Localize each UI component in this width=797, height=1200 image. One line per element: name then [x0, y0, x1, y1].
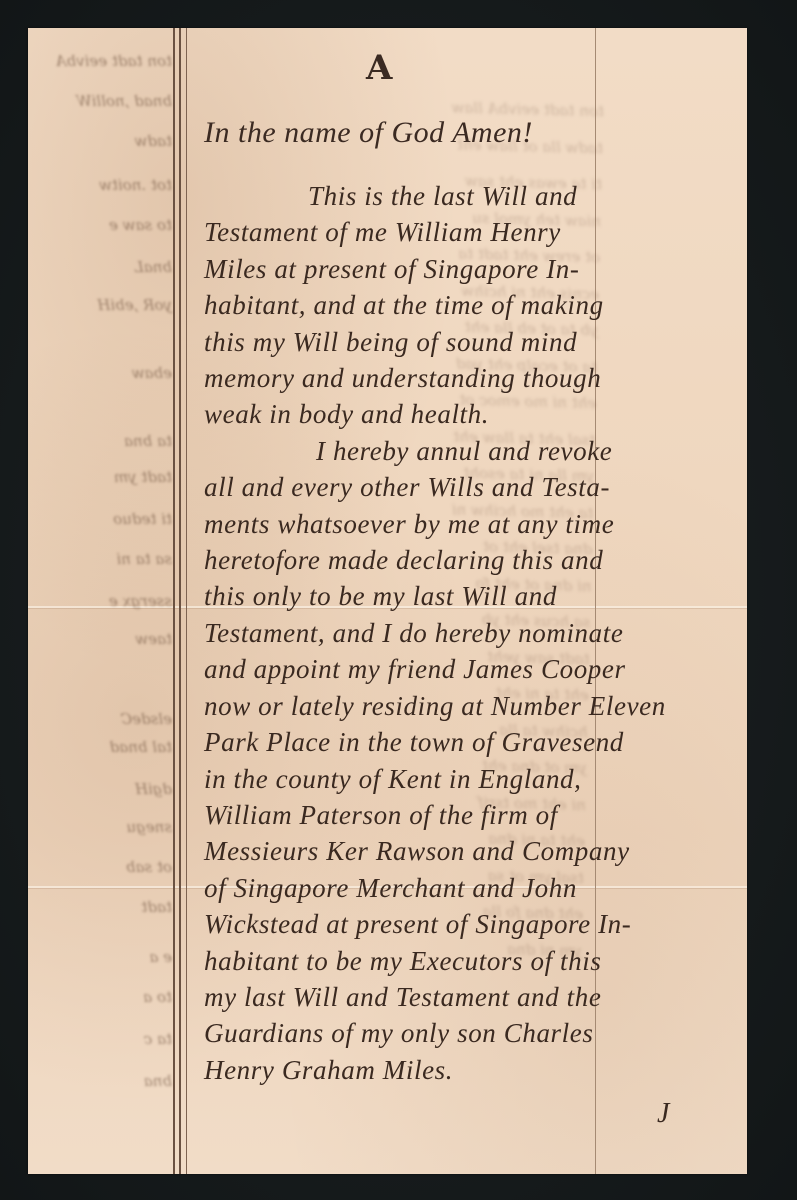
bleed-through-text: bna — [42, 1072, 172, 1090]
text-line: weak in body and health. — [204, 396, 764, 432]
text-line: Guardians of my only son Charles — [204, 1015, 764, 1051]
bleed-through-text: to saw e — [42, 216, 172, 234]
text-line: Park Place in the town of Gravesend — [204, 724, 764, 760]
text-line: habitant, and at the time of making — [204, 287, 764, 323]
text-line: this only to be my last Will and — [204, 578, 764, 614]
bleed-through-text: e a — [42, 948, 172, 966]
bleed-through-text: tadt — [42, 898, 172, 916]
margin-rule — [179, 28, 181, 1174]
bleed-through-text: ton tadt eeivbA — [42, 52, 172, 70]
text-line: I hereby annul and revoke — [204, 433, 764, 469]
bleed-through-text: ta c — [42, 1030, 172, 1048]
text-line: memory and understanding though — [204, 360, 764, 396]
page-initial: J — [657, 1098, 669, 1130]
bleed-through-text: elsdeC — [42, 710, 172, 728]
text-line: all and every other Wills and Testa- — [204, 469, 764, 505]
text-line: and appoint my friend James Cooper — [204, 651, 764, 687]
text-line: Messieurs Ker Rawson and Company — [204, 833, 764, 869]
text-line: William Paterson of the firm of — [204, 797, 764, 833]
bleed-through-text: tadw — [42, 132, 172, 150]
text-line: heretofore made declaring this and — [204, 542, 764, 578]
text-line: Testament, and I do hereby nominate — [204, 615, 764, 651]
bleed-through-text: yoR ,ebiH — [42, 296, 172, 314]
bleed-through-text: dgiH — [42, 780, 172, 798]
text-line: my last Will and Testament and the — [204, 979, 764, 1015]
bleed-through-text: ta bna — [42, 432, 172, 450]
invocation-heading: In the name of God Amen! — [204, 116, 533, 150]
text-line: this my Will being of sound mind — [204, 324, 764, 360]
folio-marker: A — [366, 48, 392, 88]
bleed-through-text: tadt ym — [42, 468, 172, 486]
bleed-through-text: snegu — [42, 818, 172, 836]
text-line: now or lately residing at Number Eleven — [204, 688, 764, 724]
bleed-through-text: ssergx e — [42, 592, 172, 610]
text-line: Miles at present of Singapore In- — [204, 251, 764, 287]
text-line: Testament of me William Henry — [204, 214, 764, 250]
text-line: in the county of Kent in England, — [204, 761, 764, 797]
text-line: Wickstead at present of Singapore In- — [204, 906, 764, 942]
bleed-through-text: bnaL — [42, 258, 172, 276]
margin-rule — [173, 28, 175, 1174]
bleed-through-text: taew — [42, 630, 172, 648]
manuscript-page: ton tadt eeivbA bnad ,nolliW tadw tot .n… — [28, 28, 747, 1174]
bleed-through-text: ot sab — [42, 858, 172, 876]
text-line: habitant to be my Executors of this — [204, 943, 764, 979]
bleed-through-text: sa ta ni — [42, 550, 172, 568]
bleed-through-text: ebaw — [42, 364, 172, 382]
will-body-text: This is the last Will and Testament of m… — [204, 178, 764, 1088]
text-line: Henry Graham Miles. — [204, 1052, 764, 1088]
bleed-through-text: tot .noitw — [42, 176, 172, 194]
bleed-through-text: to a — [42, 988, 172, 1006]
text-line: of Singapore Merchant and John — [204, 870, 764, 906]
margin-rule — [186, 28, 187, 1174]
text-line: This is the last Will and — [204, 178, 764, 214]
bleed-through-text: tal bnad — [42, 738, 172, 756]
bleed-through-text: ti teduo — [42, 510, 172, 528]
bleed-through-text: bnad ,nolliW — [42, 92, 172, 110]
text-line: ments whatsoever by me at any time — [204, 506, 764, 542]
